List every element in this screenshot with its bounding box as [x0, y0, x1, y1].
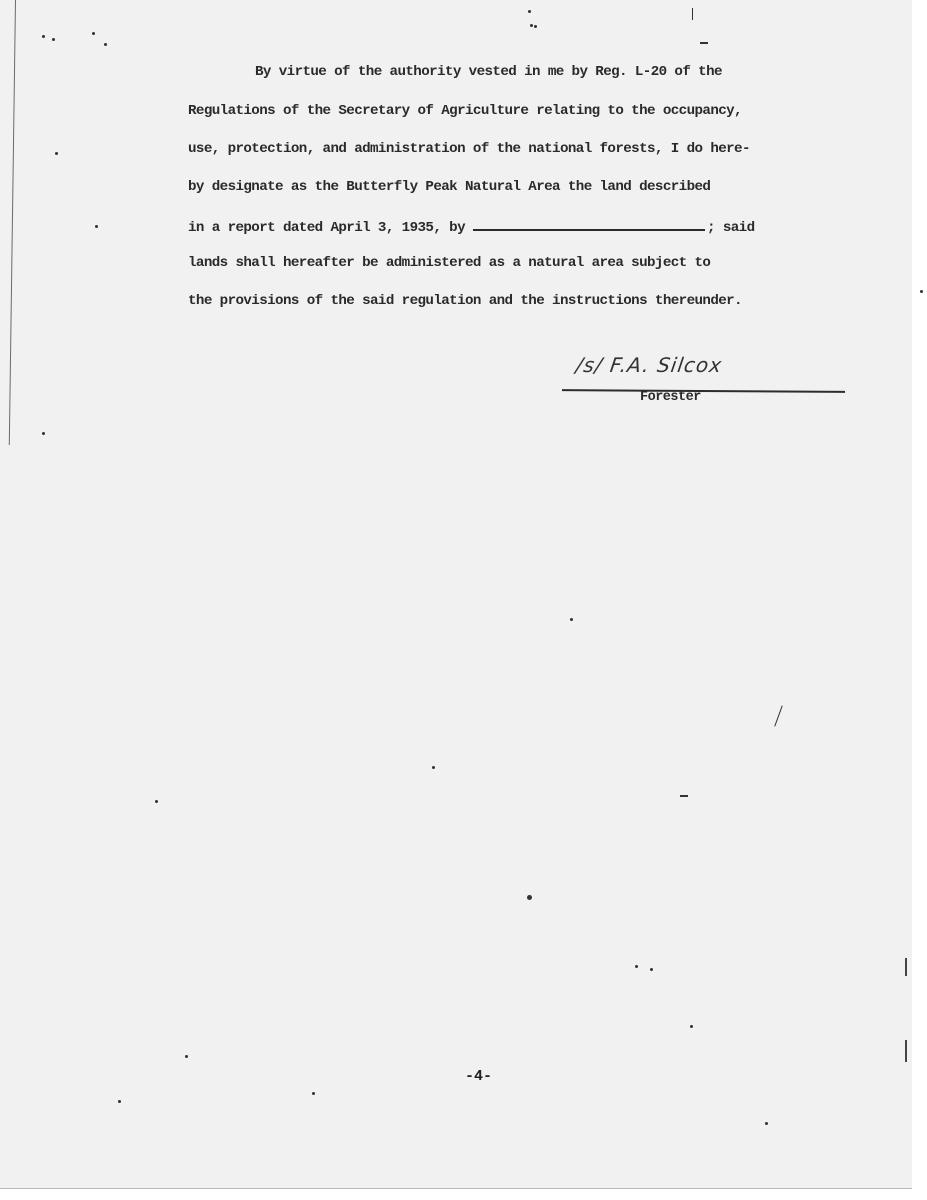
scan-speck — [530, 24, 533, 27]
scan-speck — [680, 795, 688, 797]
signer-title: Forester — [640, 390, 701, 405]
scan-speck — [650, 968, 653, 971]
scan-speck — [635, 965, 638, 968]
report-date-text: in a report dated April 3, 1935, by — [188, 220, 465, 236]
scan-edge-mark — [905, 958, 907, 976]
scan-speck — [920, 290, 923, 293]
blank-author-field — [473, 215, 705, 231]
scan-speck — [700, 42, 708, 44]
scan-speck — [765, 1122, 768, 1125]
scan-speck — [118, 1100, 121, 1103]
scan-speck — [312, 1092, 315, 1095]
scan-speck — [774, 705, 782, 726]
binding-edge-line — [9, 0, 16, 445]
scan-speck — [432, 766, 435, 769]
scan-speck — [528, 10, 531, 13]
scan-speck — [95, 225, 98, 228]
scan-speck — [692, 8, 693, 20]
scan-speck — [42, 35, 45, 38]
page-number: -4- — [465, 1068, 492, 1085]
paragraph-line: the provisions of the said regulation an… — [188, 291, 742, 311]
scan-speck — [534, 25, 537, 28]
scan-speck — [104, 43, 107, 46]
scan-speck — [185, 1055, 188, 1058]
scan-speck — [55, 152, 58, 155]
said-text: ; said — [707, 220, 754, 236]
scanned-page: By virtue of the authority vested in me … — [0, 0, 912, 1189]
signature-line — [562, 389, 845, 393]
paragraph-line: lands shall hereafter be administered as… — [188, 253, 710, 273]
scan-speck — [570, 618, 573, 621]
scan-speck — [42, 432, 45, 435]
paragraph-line: by designate as the Butterfly Peak Natur… — [188, 177, 710, 197]
signature-block: /s/ F.A. Silcox Forester — [560, 350, 845, 410]
scan-speck — [155, 800, 158, 803]
paragraph-line: use, protection, and administration of t… — [188, 139, 750, 159]
scan-speck — [690, 1025, 693, 1028]
signature: /s/ F.A. Silcox — [574, 353, 724, 377]
paragraph-line: By virtue of the authority vested in me … — [255, 62, 722, 82]
scan-speck — [527, 895, 532, 900]
paragraph-line: Regulations of the Secretary of Agricult… — [188, 101, 742, 121]
scan-speck — [52, 38, 55, 41]
scan-speck — [92, 32, 95, 35]
scan-edge-mark — [905, 1040, 907, 1062]
paragraph-line: in a report dated April 3, 1935, by; sai… — [188, 215, 754, 235]
